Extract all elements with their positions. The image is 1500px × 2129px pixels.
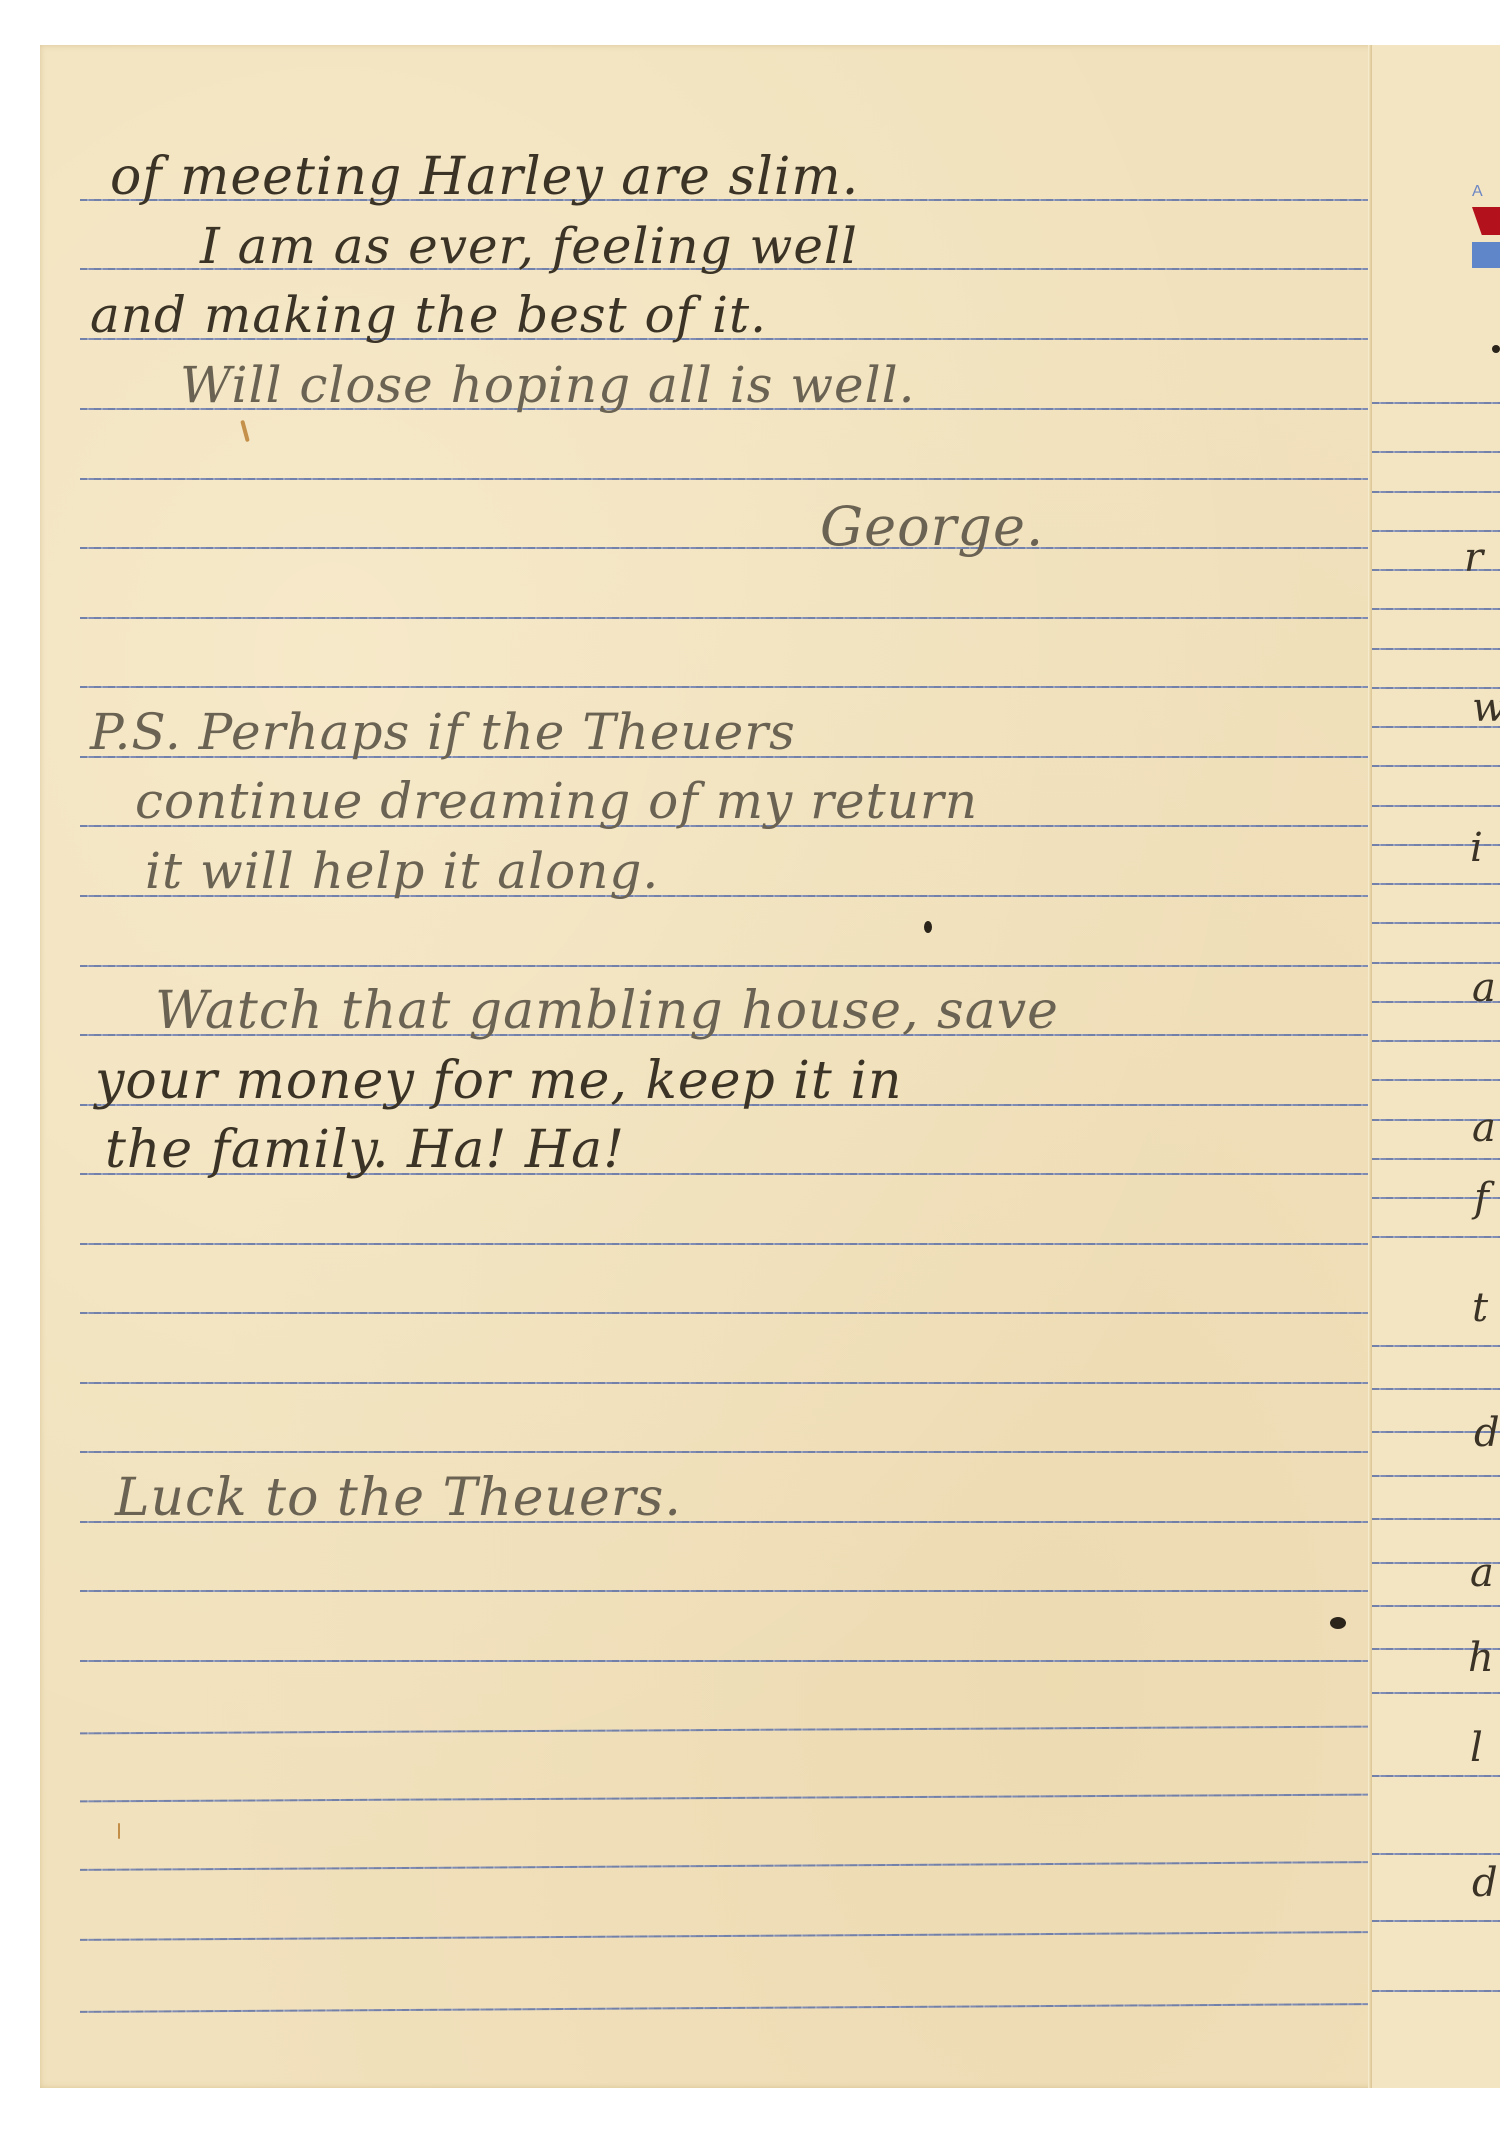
ink-spot <box>1492 345 1500 353</box>
partial-glyph: t <box>1472 1285 1488 1331</box>
ruled-line <box>1372 1345 1500 1347</box>
letterhead-flag-blue <box>1472 242 1500 268</box>
ps-line-3: it will help it along. <box>145 842 659 900</box>
note-line-3: the family. Ha! Ha! <box>105 1120 625 1180</box>
ruled-line <box>1372 1475 1500 1477</box>
ruled-line <box>80 1382 1368 1384</box>
partial-glyph: r <box>1464 535 1483 581</box>
farewell-line: Luck to the Theuers. <box>115 1468 682 1528</box>
ruled-line <box>1372 608 1500 610</box>
ruled-line <box>80 547 1368 549</box>
ruled-line <box>80 478 1368 480</box>
left-page: of meeting Harley are slim. I am as ever… <box>40 45 1368 2088</box>
partial-glyph: h <box>1468 1635 1494 1681</box>
ruled-line <box>1372 1775 1500 1777</box>
partial-glyph: d <box>1474 1410 1500 1456</box>
ruled-line <box>1372 1236 1500 1238</box>
ruled-line <box>1372 922 1500 924</box>
ruled-line <box>80 1451 1368 1453</box>
ruled-line <box>1372 648 1500 650</box>
letter-line-1: of meeting Harley are slim. <box>110 147 859 207</box>
ruled-line <box>1372 1518 1500 1520</box>
ruled-line <box>80 1726 1368 1735</box>
ruled-line <box>80 1243 1368 1245</box>
paper-stain <box>240 420 250 442</box>
partial-glyph: f <box>1474 1175 1489 1221</box>
ruled-line <box>1372 1920 1500 1922</box>
ruled-line <box>1372 1388 1500 1390</box>
paper-stain <box>118 1823 120 1839</box>
partial-glyph: a <box>1470 1550 1494 1596</box>
ruled-line <box>1372 883 1500 885</box>
letterhead-flag-red <box>1472 207 1500 235</box>
letter-paper: of meeting Harley are slim. I am as ever… <box>40 45 1500 2088</box>
note-line-1: Watch that gambling house, save <box>155 981 1059 1041</box>
ps-line-2: continue dreaming of my return <box>135 772 978 830</box>
letter-line-3: and making the best of it. <box>90 286 767 344</box>
ruled-line <box>80 1794 1368 1803</box>
ps-line-1: P.S. Perhaps if the Theuers <box>90 703 796 761</box>
letterhead-letter: A <box>1472 183 1483 201</box>
partial-glyph: i <box>1470 825 1483 871</box>
ruled-line <box>1372 491 1500 493</box>
signature: George. <box>820 495 1044 558</box>
partial-glyph: a <box>1472 1105 1496 1151</box>
partial-glyph: w <box>1472 685 1500 731</box>
ruled-line <box>1372 1692 1500 1694</box>
ruled-line <box>80 617 1368 619</box>
ruled-line <box>1372 1990 1500 1992</box>
ruled-line <box>1372 1040 1500 1042</box>
note-line-2: your money for me, keep it in <box>95 1051 902 1111</box>
ruled-line <box>80 1312 1368 1314</box>
ruled-line <box>80 1660 1368 1662</box>
ruled-line <box>80 1590 1368 1592</box>
partial-glyph: a <box>1472 965 1496 1011</box>
ink-spot <box>1330 1617 1346 1629</box>
ruled-line <box>1372 1605 1500 1607</box>
next-page-strip: A <box>1372 45 1500 2088</box>
letter-line-4: Will close hoping all is well. <box>180 356 916 414</box>
ruled-line <box>80 686 1368 688</box>
ruled-line <box>80 1861 1368 1871</box>
ink-spot <box>924 921 932 933</box>
ruled-line <box>1372 1853 1500 1855</box>
ruled-line <box>1372 1079 1500 1081</box>
ruled-line <box>1372 402 1500 404</box>
partial-glyph: l <box>1470 1725 1483 1771</box>
ruled-line <box>80 2003 1368 2013</box>
partial-glyph: d <box>1472 1860 1498 1906</box>
ruled-line <box>1372 962 1500 964</box>
letter-line-2: I am as ever, feeling well <box>200 217 858 275</box>
ruled-line <box>1372 530 1500 532</box>
ruled-line <box>1372 805 1500 807</box>
ruled-line <box>1372 765 1500 767</box>
ruled-line <box>1372 1158 1500 1160</box>
ruled-line <box>1372 451 1500 453</box>
ruled-line <box>80 965 1368 967</box>
ruled-line <box>80 1931 1368 1941</box>
